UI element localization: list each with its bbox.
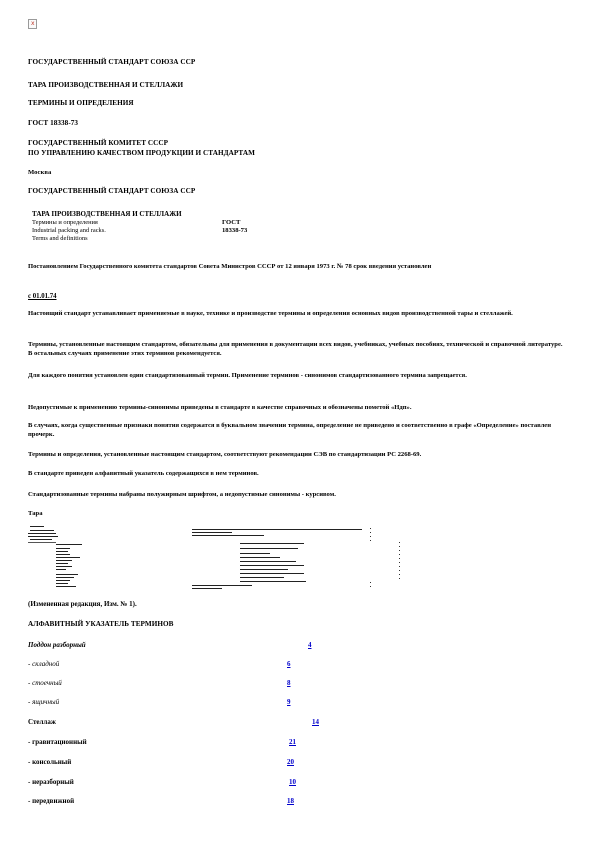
city: Москва xyxy=(28,168,51,177)
index-page-link[interactable]: 6 xyxy=(287,660,291,669)
index-page-link[interactable]: 10 xyxy=(289,778,296,787)
body-paragraph: Стандартизованные термины набраны полужи… xyxy=(28,490,568,499)
title-block-name-ru: Термины и определения xyxy=(32,219,106,227)
title-block-gost-label: ГОСТ xyxy=(222,219,247,227)
index-term: - неразборный xyxy=(28,778,74,787)
title-block-name-caps: ТАРА ПРОИЗВОДСТВЕННАЯ И СТЕЛЛАЖИ xyxy=(32,210,332,219)
body-paragraph: Термины, установленные настоящим стандар… xyxy=(28,340,568,358)
index-page-link[interactable]: 20 xyxy=(287,758,294,767)
broken-image-icon: x xyxy=(28,19,37,29)
document-title-line-2: ТЕРМИНЫ И ОПРЕДЕЛЕНИЯ xyxy=(28,99,134,108)
index-term: - складной xyxy=(28,660,59,669)
committee-line-1: ГОСУДАРСТВЕННЫЙ КОМИТЕТ СССР xyxy=(28,139,168,148)
index-page-link[interactable]: 18 xyxy=(287,797,294,806)
state-standard-title: ГОСУДАРСТВЕННЫЙ СТАНДАРТ СОЮЗА ССР xyxy=(28,58,195,67)
title-block: ТАРА ПРОИЗВОДСТВЕННАЯ И СТЕЛЛАЖИ Термины… xyxy=(32,210,332,246)
document-title-line-1: ТАРА ПРОИЗВОДСТВЕННАЯ И СТЕЛЛАЖИ xyxy=(28,81,183,90)
index-term: - ящичный xyxy=(28,698,59,707)
title-block-gost: ГОСТ 18338-73 xyxy=(222,219,247,235)
index-term: - передвижной xyxy=(28,797,74,806)
index-page-link[interactable]: 8 xyxy=(287,679,291,688)
index-term: - консольный xyxy=(28,758,71,767)
revision-note: (Измененная редакция, Изм. № 1). xyxy=(28,600,137,609)
index-heading: АЛФАВИТНЫЙ УКАЗАТЕЛЬ ТЕРМИНОВ xyxy=(28,620,173,629)
index-term: - стоечный xyxy=(28,679,62,688)
body-paragraph: Для каждого понятия установлен один стан… xyxy=(28,371,568,380)
index-page-link[interactable]: 14 xyxy=(312,718,319,727)
terms-table-thumbnail xyxy=(28,524,418,590)
body-paragraph: Термины и определения, установленные нас… xyxy=(28,450,568,459)
body-paragraph: Недопустимые к применению термины-синони… xyxy=(28,403,568,412)
index-term: Поддон разборный xyxy=(28,641,86,650)
effective-date: с 01.01.74 xyxy=(28,292,57,301)
committee-line-2: ПО УПРАВЛЕНИЮ КАЧЕСТВОМ ПРОДУКЦИИ И СТАН… xyxy=(28,149,255,158)
title-block-name-en-2: Terms and definitions xyxy=(32,235,106,243)
body-paragraph: В случаях, когда существенные признаки п… xyxy=(28,421,568,439)
title-block-name-en-1: Industrial packing and racks. xyxy=(32,227,106,235)
body-paragraph: В стандарте приведен алфавитный указател… xyxy=(28,469,568,478)
title-block-gost-code: 18338-73 xyxy=(222,227,247,235)
body-paragraph: Настоящий стандарт устанавливает применя… xyxy=(28,309,568,318)
index-term: - гравитационный xyxy=(28,738,87,747)
gost-number: ГОСТ 18338-73 xyxy=(28,119,78,128)
index-term: Стеллаж xyxy=(28,718,56,727)
index-page-link[interactable]: 4 xyxy=(308,641,312,650)
index-page-link[interactable]: 21 xyxy=(289,738,296,747)
title-block-names: Термины и определения Industrial packing… xyxy=(32,219,106,243)
index-page-link[interactable]: 9 xyxy=(287,698,291,707)
state-standard-title-2: ГОСУДАРСТВЕННЫЙ СТАНДАРТ СОЮЗА ССР xyxy=(28,187,195,196)
decree-text: Постановлением Государственного комитета… xyxy=(28,262,568,271)
table-caption: Тара xyxy=(28,509,43,518)
